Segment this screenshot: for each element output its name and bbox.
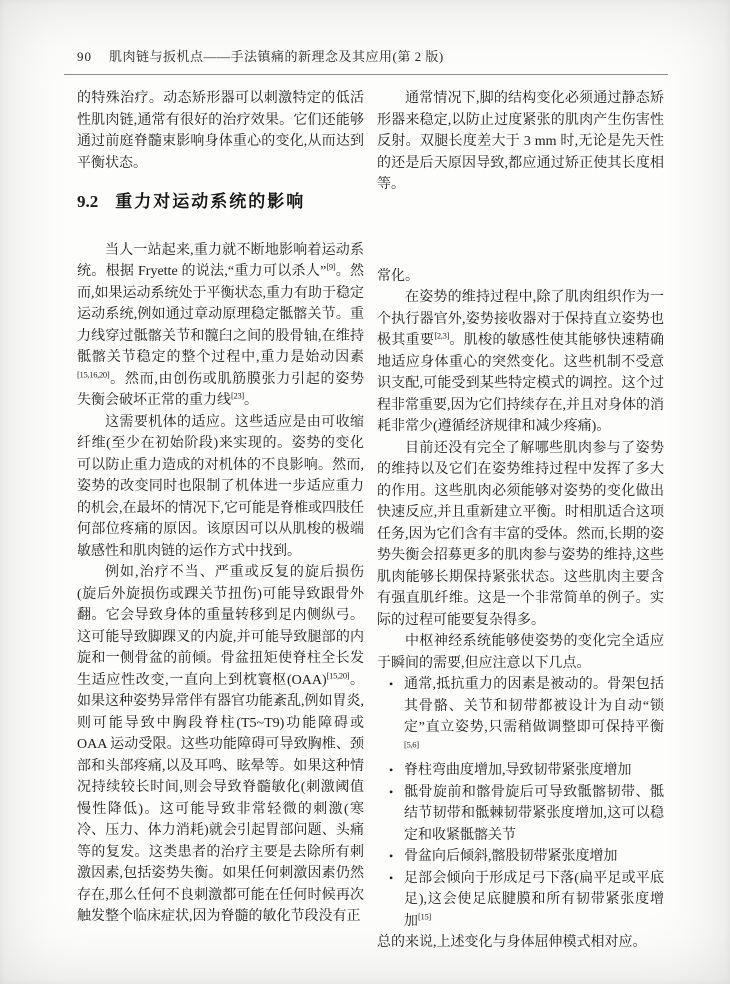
closing-note: 总的来说,上述变化与身体屈伸模式相对应。 [377, 932, 664, 954]
citation-ref: [15,20] [327, 670, 350, 680]
section-number: 9.2 [77, 191, 98, 213]
bullet-item: •脊柱弯曲度增加,导致韧带紧张度增加 [377, 760, 664, 782]
citation-ref: [15,16,20] [77, 369, 109, 379]
left-column: 的特殊治疗。动态矫形器可以刺激特定的低活性肌肉链,通常有很好的治疗效果。它们还能… [77, 88, 364, 954]
bullet-list: •通常,抵抗重力的因素是被动的。骨架包括其骨骼、关节和韧带都被设计为自动“锁定”… [377, 674, 664, 932]
bullet-marker-icon: • [389, 674, 393, 696]
paragraph: 常化。 [377, 266, 664, 288]
bullet-item: •骨盆向后倾斜,髂股韧带紧张度增加 [377, 846, 664, 868]
book-page: 90 肌肉链与扳机点——手法镇痛的新理念及其应用(第 2 版) 的特殊治疗。动态… [0, 0, 730, 984]
running-title: 肌肉链与扳机点——手法镇痛的新理念及其应用(第 2 版) [109, 46, 444, 65]
column-spacer [377, 196, 664, 266]
bullet-item: •骶骨旋前和髂骨旋后可导致骶髂韧带、骶结节韧带和骶棘韧带紧张度增加,这可以稳定和… [377, 782, 664, 847]
paragraph: 通常情况下,脚的结构变化必须通过静态矫形器来稳定,以防止过度紧张的肌肉产生伤害性… [377, 88, 664, 196]
page-header: 90 肌肉链与扳机点——手法镇痛的新理念及其应用(第 2 版) [77, 46, 667, 65]
right-column: 通常情况下,脚的结构变化必须通过静态矫形器来稳定,以防止过度紧张的肌肉产生伤害性… [377, 88, 664, 954]
paragraph: 的特殊治疗。动态矫形器可以刺激特定的低活性肌肉链,通常有很好的治疗效果。它们还能… [77, 88, 364, 174]
two-column-layout: 的特殊治疗。动态矫形器可以刺激特定的低活性肌肉链,通常有很好的治疗效果。它们还能… [77, 88, 667, 954]
section-heading: 9.2重力对运动系统的影响 [77, 191, 364, 213]
citation-ref: [15] [418, 911, 431, 921]
section-title: 重力对运动系统的影响 [115, 191, 305, 213]
paragraph: 中枢神经系统能够使姿势的变化完全适应于瞬间的需要,但应注意以下几点。 [377, 631, 664, 674]
bullet-item: •通常,抵抗重力的因素是被动的。骨架包括其骨骼、关节和韧带都被设计为自动“锁定”… [377, 674, 664, 760]
page-number: 90 [77, 49, 92, 65]
citation-ref: [23] [231, 390, 244, 400]
bullet-marker-icon: • [389, 782, 393, 804]
bullet-marker-icon: • [389, 846, 393, 868]
paragraph: 这需要机体的适应。这些适应是由可收缩纤维(至少在初始阶段)来实现的。姿势的变化可… [77, 412, 364, 563]
bullet-marker-icon: • [389, 760, 393, 782]
paragraph: 当人一站起来,重力就不断地影响着运动系统。根据 Fryette 的说法,“重力可… [77, 240, 364, 412]
bullet-item: •足部会倾向于形成足弓下落(扁平足或平底足),这会使足底腱膜和所有韧带紧张度增加… [377, 868, 664, 933]
header-rule [64, 74, 668, 75]
paragraph: 在姿势的维持过程中,除了肌肉组织作为一个执行器官外,姿势接收器对于保持直立姿势也… [377, 287, 664, 438]
paragraph: 目前还没有完全了解哪些肌肉参与了姿势的维持以及它们在姿势维持过程中发挥了多大的作… [377, 438, 664, 632]
paragraph: 例如,治疗不当、严重或反复的旋后损伤(旋后外旋损伤或踝关节扭伤)可能导致跟骨外翻… [77, 562, 364, 928]
citation-ref: [5,6] [404, 739, 419, 749]
citation-ref: [9] [326, 261, 335, 271]
citation-ref: [2,3] [434, 330, 449, 340]
bullet-marker-icon: • [389, 868, 393, 890]
